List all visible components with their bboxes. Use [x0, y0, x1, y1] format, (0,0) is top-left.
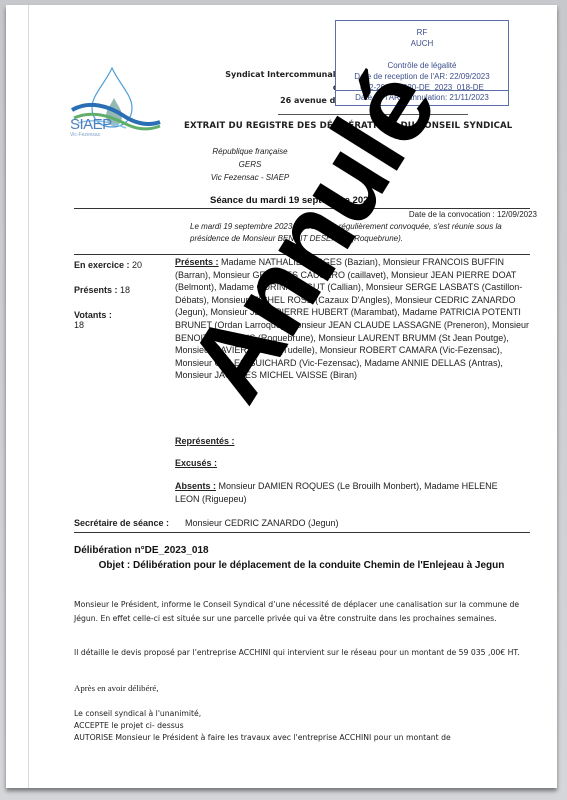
body-paragraph-3: Après en avoir délibéré,: [74, 682, 524, 696]
logo-name: SIAEP: [70, 116, 112, 133]
secretaire-divider: [74, 532, 530, 533]
secretaire-value: Monsieur CEDRIC ZANARDO (Jegun): [185, 518, 339, 528]
count-votants-label: Votants :: [74, 310, 112, 320]
count-presents: Présents : 18: [74, 285, 130, 295]
decision-line-3: AUTORISE Monsieur le Président à faire l…: [74, 732, 524, 744]
count-en-exercice-label: En exercice :: [74, 260, 132, 270]
secretaire-label: Secrétaire de séance :: [74, 518, 169, 528]
org-header-line2: de: [225, 81, 344, 94]
count-votants-value: 18: [74, 320, 84, 330]
org-header-line1: Syndicat Intercommunal d: [225, 68, 344, 81]
body-decision: Le conseil syndical à l'unanimité, ACCEP…: [74, 708, 524, 744]
count-votants: Votants : 18: [74, 310, 112, 330]
logo-subtitle: Vic-Fezensac: [70, 132, 100, 138]
stamp-auch: AUCH: [336, 38, 508, 49]
presents-label: Présents :: [175, 257, 219, 267]
decision-line-1: Le conseil syndical à l'unanimité,: [74, 708, 524, 720]
deliberation-number: Délibération n°DE_2023_018: [74, 545, 209, 556]
absents-text: Monsieur DAMIEN ROQUES (Le Brouilh Monbe…: [175, 481, 498, 504]
body-paragraph-2: Il détaille le devis proposé par l’entre…: [74, 646, 524, 660]
decision-line-2: ACCEPTE le projet ci- dessus: [74, 720, 524, 732]
representes-label: Représentés :: [175, 436, 235, 446]
count-presents-value: 18: [120, 285, 130, 295]
absents-list: Absents : Monsieur DAMIEN ROQUES (Le Bro…: [175, 480, 520, 505]
page-fold-line: [28, 5, 29, 788]
stamp-rf: RF: [336, 27, 508, 38]
convocation-date: Date de la convocation : 12/09/2023: [409, 210, 537, 219]
body-paragraph-1: Monsieur le Président, informe le Consei…: [74, 598, 524, 625]
excuses-label: Excusés :: [175, 458, 217, 468]
count-presents-label: Présents :: [74, 285, 120, 295]
deliberation-objet: Objet : Délibération pour le déplacement…: [74, 558, 529, 573]
count-en-exercice-value: 20: [132, 260, 142, 270]
absents-label: Absents :: [175, 481, 216, 491]
count-en-exercice: En exercice : 20: [74, 260, 142, 270]
